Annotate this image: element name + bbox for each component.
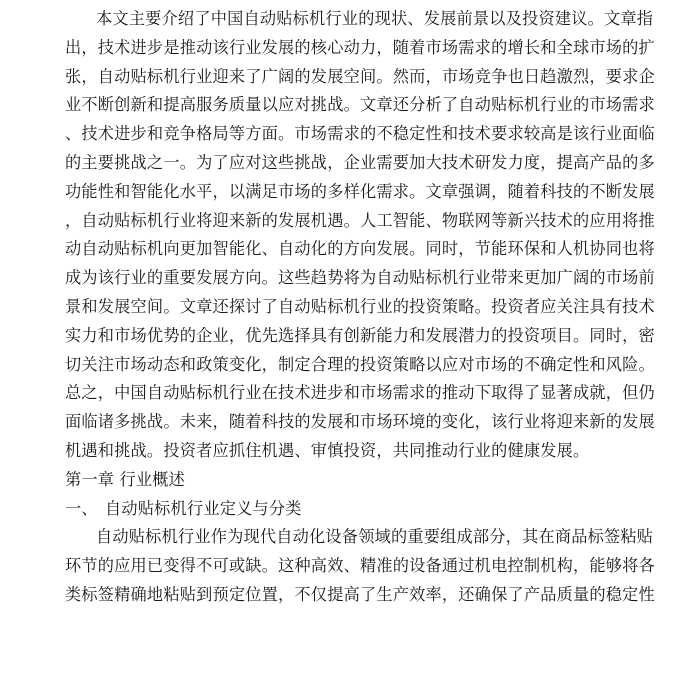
paragraph-line: 成为该行业的重要发展方向。这些趋势将为自动贴标机行业带来更加广阔的市场前 bbox=[65, 264, 625, 293]
paragraph-line: 自动贴标机行业作为现代自动化设备领域的重要组成部分，其在商品标签粘贴 bbox=[65, 523, 625, 552]
paragraph-line: 机遇和挑战。投资者应抓住机遇、审慎投资，共同推动行业的健康发展。 bbox=[65, 437, 625, 466]
paragraph-line: 张，自动贴标机行业迎来了广阔的发展空间。然而，市场竞争也日趋激烈，要求企 bbox=[65, 63, 625, 92]
paragraph-line: 功能性和智能化水平，以满足市场的多样化需求。文章强调，随着科技的不断发展 bbox=[65, 178, 625, 207]
paragraph-line: 的主要挑战之一。为了应对这些挑战，企业需要加大技术研发力度，提高产品的多 bbox=[65, 149, 625, 178]
section-title: 自动贴标机行业定义与分类 bbox=[105, 499, 302, 518]
paragraph-line: ，自动贴标机行业将迎来新的发展机遇。人工智能、物联网等新兴技术的应用将推 bbox=[65, 207, 625, 236]
paragraph-line: 总之，中国自动贴标机行业在技术进步和市场需求的推动下取得了显著成就，但仍 bbox=[65, 379, 625, 408]
paragraph-line: 景和发展空间。文章还探讨了自动贴标机行业的投资策略。投资者应关注具有技术 bbox=[65, 293, 625, 322]
paragraph-line: 出，技术进步是推动该行业发展的核心动力，随着市场需求的增长和全球市场的扩 bbox=[65, 34, 625, 63]
paragraph-line: 类标签精确地粘贴到预定位置，不仅提高了生产效率，还确保了产品质量的稳定性 bbox=[65, 581, 625, 610]
paragraph-line: 本文主要介绍了中国自动贴标机行业的现状、发展前景以及投资建议。文章指 bbox=[65, 5, 625, 34]
chapter-heading: 第一章 行业概述 bbox=[65, 466, 625, 495]
section-number: 一、 bbox=[65, 495, 105, 524]
paragraph-line: 、技术进步和竞争格局等方面。市场需求的不稳定性和技术要求较高是该行业面临 bbox=[65, 120, 625, 149]
body-paragraph: 自动贴标机行业作为现代自动化设备领域的重要组成部分，其在商品标签粘贴 环节的应用… bbox=[65, 523, 625, 609]
intro-paragraph: 本文主要介绍了中国自动贴标机行业的现状、发展前景以及投资建议。文章指 出，技术进… bbox=[65, 5, 625, 466]
section-heading: 一、自动贴标机行业定义与分类 bbox=[65, 495, 625, 524]
paragraph-line: 业不断创新和提高服务质量以应对挑战。文章还分析了自动贴标机行业的市场需求 bbox=[65, 91, 625, 120]
paragraph-line: 实力和市场优势的企业，优先选择具有创新能力和发展潜力的投资项目。同时，密 bbox=[65, 322, 625, 351]
paragraph-line: 动自动贴标机向更加智能化、自动化的方向发展。同时，节能环保和人机协同也将 bbox=[65, 235, 625, 264]
paragraph-line: 切关注市场动态和政策变化，制定合理的投资策略以应对市场的不确定性和风险。 bbox=[65, 351, 625, 380]
document-page: 本文主要介绍了中国自动贴标机行业的现状、发展前景以及投资建议。文章指 出，技术进… bbox=[65, 5, 625, 610]
paragraph-line: 面临诸多挑战。未来，随着科技的发展和市场环境的变化，该行业将迎来新的发展 bbox=[65, 408, 625, 437]
paragraph-line: 环节的应用已变得不可或缺。这种高效、精准的设备通过机电控制机构，能够将各 bbox=[65, 552, 625, 581]
